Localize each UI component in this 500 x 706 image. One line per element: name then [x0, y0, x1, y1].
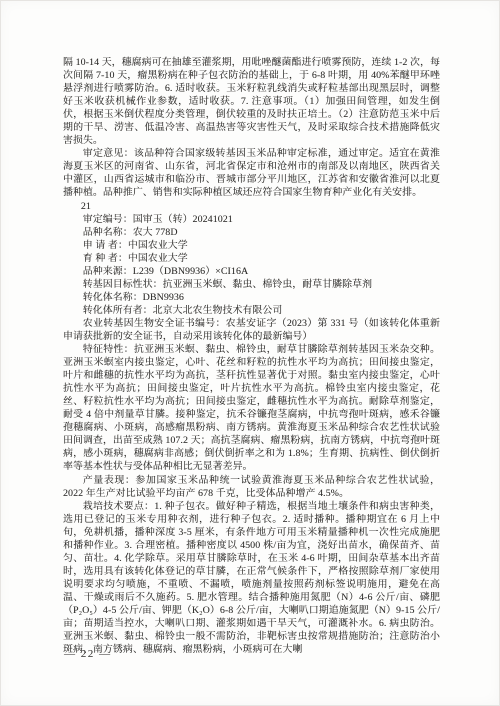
paragraph-safety-certificate: 农业转基因生物安全证书编号：农基安证字（2023）第 331 号（如该转化体重新…: [63, 317, 440, 343]
colon-separator: ：: [153, 279, 163, 290]
field-gm-target-traits: 转基因目标性状：抗亚洲玉米螟、黏虫、棉铃虫，耐草甘膦除草剂: [63, 278, 440, 291]
field-label: 审定编号: [83, 214, 123, 225]
field-value: 国审玉（转）20241021: [133, 214, 233, 225]
field-value: 抗亚洲玉米螟、黏虫、棉铃虫，耐草甘膦除草剂: [163, 279, 372, 290]
paragraph-disease-control-continuation: 隔 10-14 天，穗腐病可在抽雄至灌浆期，用吡唑醚菌酯进行喷雾预防，连续 1-…: [63, 56, 440, 147]
colon-separator: ：: [123, 266, 133, 277]
paragraph-approval-opinion: 审定意见：该品种符合国家级转基因玉米品种审定标准，通过审定。适宜在黄淮海夏玉米区…: [63, 147, 440, 199]
field-label: 转基因目标性状: [83, 279, 153, 290]
page-body-text: 隔 10-14 天，穗腐病可在抽雄至灌浆期，用吡唑醚菌酯进行喷雾预防，连续 1-…: [63, 56, 440, 656]
colon-separator: ：: [133, 292, 143, 303]
paragraph-cultivation-techniques: 栽培技术要点：1. 种子包衣。做好种子精选，根据当地土壤条件和病虫害种类，选用已…: [63, 500, 440, 657]
document-page: 隔 10-14 天，穗腐病可在抽雄至灌浆期，用吡唑醚菌酯进行喷雾预防，连续 1-…: [0, 0, 500, 706]
field-label: 转化体所有者: [83, 305, 143, 316]
colon-separator: ：: [118, 240, 128, 251]
field-transformation-event-owner: 转化体所有者：北京大北农生物技术有限公司: [63, 304, 440, 317]
field-approval-number: 审定编号：国审玉（转）20241021: [63, 213, 440, 226]
colon-separator: ：: [143, 305, 153, 316]
field-label: 转化体名称: [83, 292, 133, 303]
paragraph-traits: 特征特性：抗亚洲玉米螟、黏虫、棉铃虫，耐草甘膦除草剂转基因玉米杂交种。亚洲玉米螟…: [63, 343, 440, 473]
field-variety-name: 品种名称：农大 778D: [63, 226, 440, 239]
field-transformation-event-name: 转化体名称：DBN9936: [63, 291, 440, 304]
field-applicant: 申 请 者：中国农业大学: [63, 239, 440, 252]
field-value: 农大 778D: [133, 227, 178, 238]
colon-separator: ：: [123, 214, 133, 225]
field-label: 申 请 者: [83, 240, 118, 251]
field-label: 育 种 者: [83, 253, 118, 264]
colon-separator: ：: [123, 227, 133, 238]
field-variety-source: 品种来源：L239（DBN9936）×CI16A: [63, 265, 440, 278]
field-value: 中国农业大学: [128, 253, 188, 264]
field-breeder: 育 种 者：中国农业大学: [63, 252, 440, 265]
field-value: L239（DBN9936）×CI16A: [133, 266, 249, 277]
field-label: 品种来源: [83, 266, 123, 277]
field-value: 北京大北农生物技术有限公司: [153, 305, 283, 316]
paragraph-yield-performance: 产量表现：参加国家玉米品种统一试验黄淮海夏玉米品种综合农艺性状试验，2022 年…: [63, 474, 440, 500]
inline-page-number: 21: [63, 200, 440, 213]
field-value: DBN9936: [143, 292, 184, 303]
field-label: 品种名称: [83, 227, 123, 238]
field-value: 中国农业大学: [128, 240, 188, 251]
page-footer-number: — 22 —: [64, 647, 112, 661]
colon-separator: ：: [118, 253, 128, 264]
